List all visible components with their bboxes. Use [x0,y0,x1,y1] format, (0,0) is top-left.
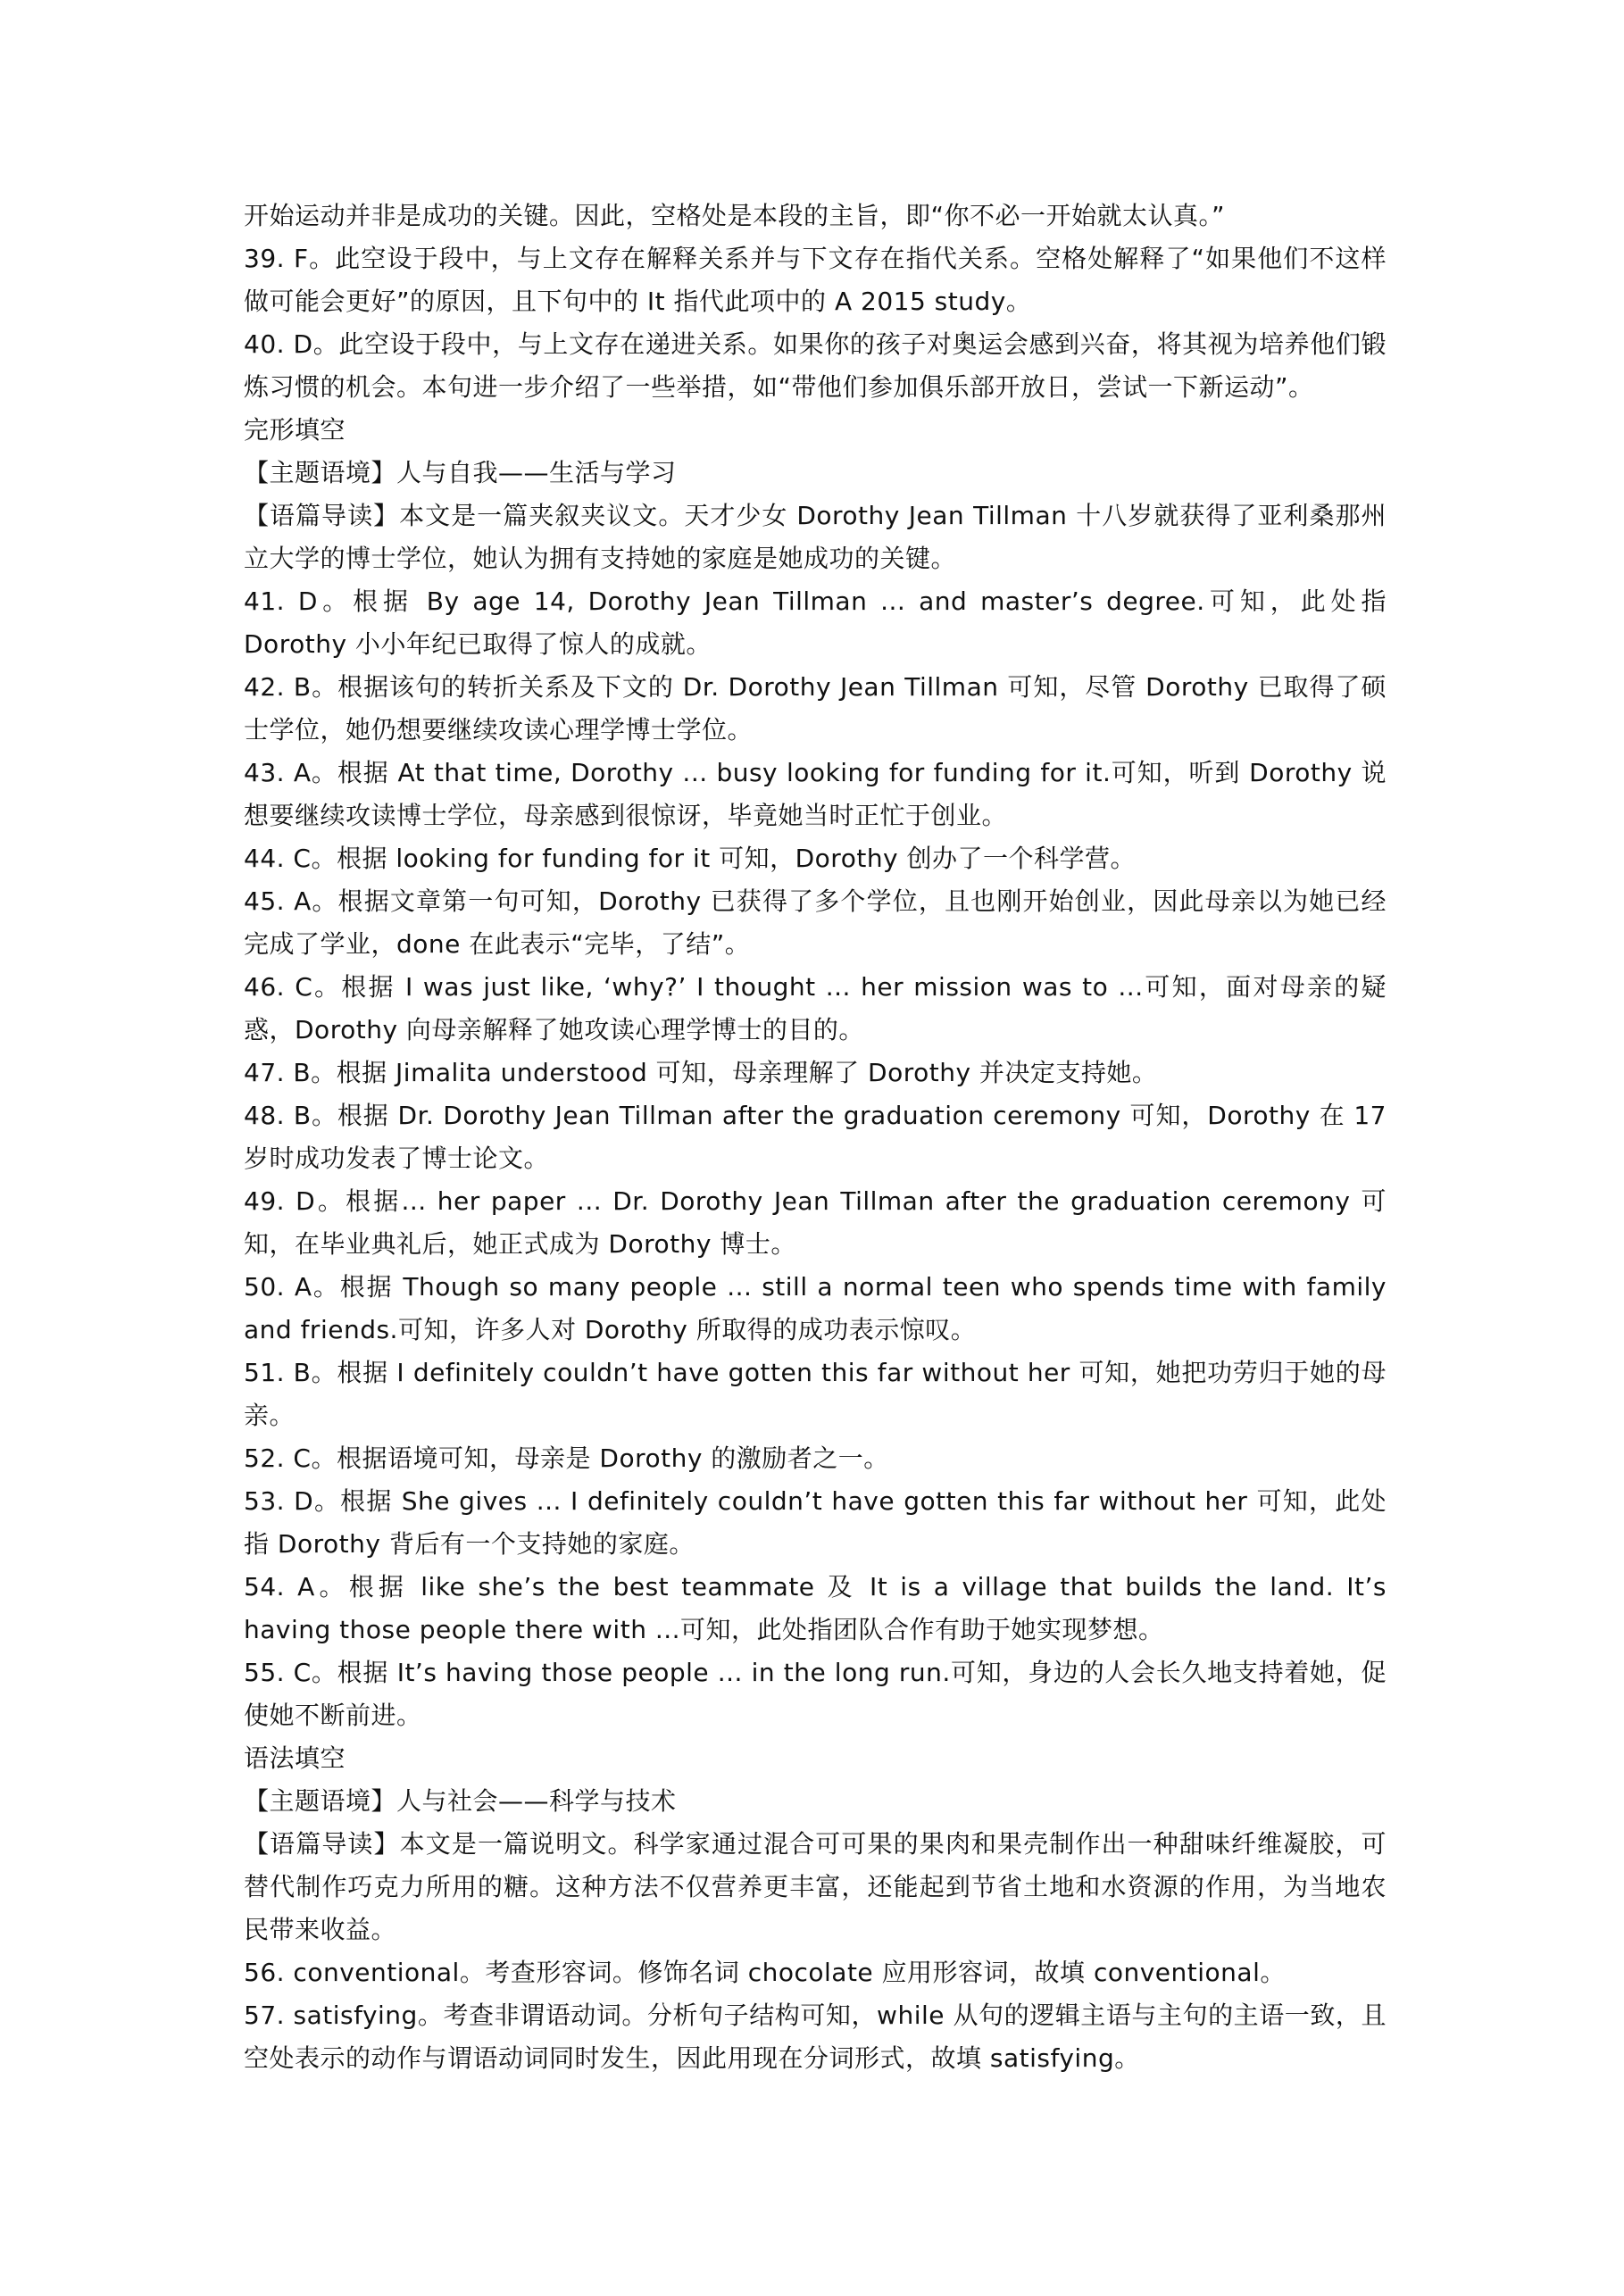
section-heading-cloze: 完形填空 [244,409,1387,452]
answer-44: 44. C。根据 looking for funding for it 可知，D… [244,837,1387,880]
answer-40: 40. D。此空设于段中，与上文存在递进关系。如果你的孩子对奥运会感到兴奋，将其… [244,323,1387,409]
answer-56: 56. conventional。考查形容词。修饰名词 chocolate 应用… [244,1951,1387,1994]
answer-55: 55. C。根据 It’s having those people ... in… [244,1651,1387,1737]
answer-41: 41. D。根据 By age 14, Dorothy Jean Tillman… [244,580,1387,666]
passage-guide-grammar: 【语篇导读】本文是一篇说明文。科学家通过混合可可果的果肉和果壳制作出一种甜味纤维… [244,1823,1387,1951]
answer-46: 46. C。根据 I was just like, ‘why?’ I thoug… [244,966,1387,1052]
answer-54: 54. A。根据 like she’s the best teammate 及 … [244,1566,1387,1651]
answer-45: 45. A。根据文章第一句可知，Dorothy 已获得了多个学位，且也刚开始创业… [244,880,1387,966]
theme-context-cloze: 【主题语境】人与自我——生活与学习 [244,452,1387,495]
answer-43: 43. A。根据 At that time, Dorothy ... busy … [244,752,1387,837]
answer-47: 47. B。根据 Jimalita understood 可知，母亲理解了 Do… [244,1052,1387,1094]
section-heading-grammar: 语法填空 [244,1737,1387,1780]
answer-42: 42. B。根据该句的转折关系及下文的 Dr. Dorothy Jean Til… [244,666,1387,752]
paragraph-intro-continuation: 开始运动并非是成功的关键。因此，空格处是本段的主旨，即“你不必一开始就太认真。” [244,195,1387,237]
answer-51: 51. B。根据 I definitely couldn’t have gott… [244,1352,1387,1437]
document-page: 开始运动并非是成功的关键。因此，空格处是本段的主旨，即“你不必一开始就太认真。”… [244,195,1387,2080]
answer-52: 52. C。根据语境可知，母亲是 Dorothy 的激励者之一。 [244,1437,1387,1480]
theme-context-grammar: 【主题语境】人与社会——科学与技术 [244,1780,1387,1823]
answer-57: 57. satisfying。考查非谓语动词。分析句子结构可知，while 从句… [244,1994,1387,2080]
passage-guide-cloze: 【语篇导读】本文是一篇夹叙夹议文。天才少女 Dorothy Jean Tillm… [244,495,1387,580]
answer-53: 53. D。根据 She gives ... I definitely coul… [244,1480,1387,1566]
answer-48: 48. B。根据 Dr. Dorothy Jean Tillman after … [244,1094,1387,1180]
answer-49: 49. D。根据... her paper ... Dr. Dorothy Je… [244,1180,1387,1266]
answer-39: 39. F。此空设于段中，与上文存在解释关系并与下文存在指代关系。空格处解释了“… [244,237,1387,323]
answer-50: 50. A。根据 Though so many people ... still… [244,1266,1387,1352]
